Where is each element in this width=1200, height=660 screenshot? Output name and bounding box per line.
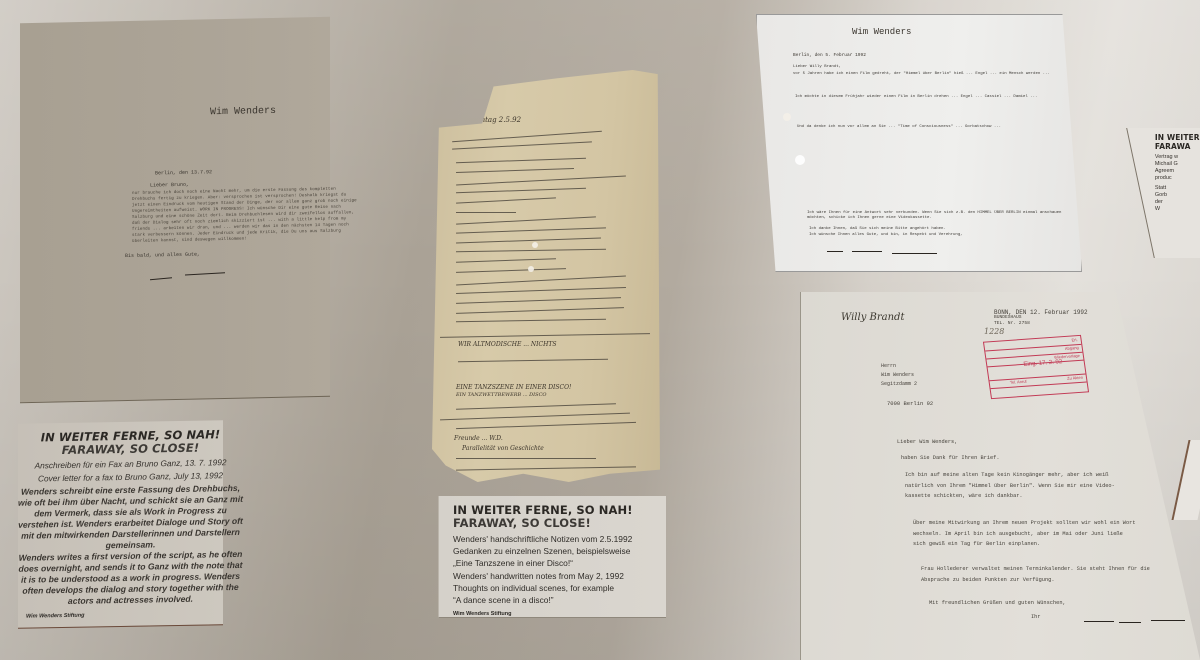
handwritten-heading: Rosenmontag 2.5.92 xyxy=(448,116,521,124)
handwriting-line xyxy=(456,458,596,459)
letter-paragraph: Ich wünsche Ihnen alles Gute, und bin, i… xyxy=(809,233,1075,238)
stamp-date: Eing. 17. 2. 92 xyxy=(1023,359,1063,368)
handwriting-line xyxy=(456,188,586,194)
label-text-de: Wenders schreibt eine erste Fassung des … xyxy=(18,483,243,553)
handwriting-line xyxy=(456,258,556,262)
label-line: Gorb xyxy=(1155,192,1200,199)
handwriting-line xyxy=(456,216,596,224)
handwriting-line xyxy=(452,141,592,149)
handwriting-line xyxy=(456,197,556,203)
handwriting-line xyxy=(456,237,601,243)
recipient-address: Herrn Wim Wenders Segitzdamm 2 xyxy=(881,362,917,389)
stamp-field: Abgang xyxy=(1065,345,1079,351)
exhibit-label-notes: IN WEITER FERNE, SO NAH! FARAWAY, SO CLO… xyxy=(438,496,666,618)
address-line: Wim Wenders xyxy=(881,371,917,380)
handwriting-line xyxy=(456,176,626,186)
received-stamp: Erl. Abgang Wiedervorlage Eing. 17. 2. 9… xyxy=(983,335,1089,399)
handwriting-line xyxy=(458,359,608,363)
letter-closing: Bis bald, und alles Gute, xyxy=(125,251,200,259)
handwriting-line xyxy=(456,212,516,213)
handwriting-line xyxy=(456,276,626,286)
letter-body: nur brauche ich doch noch eine Nacht meh… xyxy=(132,186,360,245)
punch-hole xyxy=(783,113,791,121)
handwriting-line xyxy=(456,227,606,233)
label-line: Gedanken zu einzelnen Szenen, beispielsw… xyxy=(453,546,661,556)
signature-icon xyxy=(1119,622,1141,623)
letter-salutation: Lieber Wim Wenders, xyxy=(897,437,957,448)
letter-salutation: Lieber Willy Brandt, xyxy=(793,65,1048,70)
signature-icon xyxy=(150,277,172,280)
label-line: W xyxy=(1155,206,1200,213)
label-line: Agreem xyxy=(1155,168,1200,175)
stamp-field: Erl. xyxy=(1071,337,1078,342)
handwriting-line xyxy=(456,319,606,323)
letter-paragraph: Ich danke Ihnen, daß Sie sich meine Bitt… xyxy=(809,227,1075,232)
stamp-field: Zu Akten xyxy=(1067,375,1083,381)
letter-paragraph: Und da denke ich nun vor allem an Sie ..… xyxy=(797,125,1063,130)
letterhead-title: Wim Wenders xyxy=(852,27,911,37)
letter-paragraph: Frau Hollederer verwaltet meinen Termink… xyxy=(921,564,1151,585)
label-title-en: FARAWA xyxy=(1155,143,1200,152)
punch-hole xyxy=(532,242,538,248)
punch-hole xyxy=(528,266,534,272)
letterhead-title: Wim Wenders xyxy=(210,106,276,118)
signature-icon xyxy=(1151,620,1185,621)
label-line: der xyxy=(1155,199,1200,206)
pencil-note: 1228 xyxy=(984,327,1004,336)
recipient-city: 7000 Berlin 92 xyxy=(887,400,933,407)
signature-icon xyxy=(827,251,843,252)
letter-salutation: Lieber Bruno, xyxy=(150,182,189,189)
label-text-en: Wenders writes a first version of the sc… xyxy=(18,549,243,608)
label-line: Michail G xyxy=(1155,161,1200,168)
label-credit: Wim Wenders Stiftung xyxy=(453,611,661,617)
label-line: “A dance scene in a disco!” xyxy=(453,595,661,605)
handwriting-line xyxy=(456,466,636,470)
handwriting-line xyxy=(456,307,624,314)
letter-from-willy-brandt: Willy Brandt BONN, DEN 12. Februar 1992 … xyxy=(800,292,1200,660)
handwriting-line xyxy=(456,297,621,304)
handwriting-line xyxy=(456,249,606,253)
fax-letter-to-bruno-ganz: Wim Wenders Berlin, den 13.7.92 Lieber B… xyxy=(20,17,330,403)
handwriting-line xyxy=(456,158,586,164)
handwriting-line xyxy=(456,268,566,273)
label-line: Thoughts on individual scenes, for examp… xyxy=(453,583,661,593)
handwritten-line: Freunde ... W.D. xyxy=(454,435,503,442)
label-subtitle-en: Cover letter for a fax to Bruno Ganz, Ju… xyxy=(18,470,243,484)
letter-date: Berlin, den 5. Februar 1992 xyxy=(793,53,866,58)
label-line: Statt xyxy=(1155,185,1200,192)
handwritten-line: EIN TANZWETTBEWERB ... DISCO xyxy=(456,392,547,398)
handwriting-line xyxy=(452,131,602,142)
address-line: Herrn xyxy=(881,362,917,371)
signature-icon xyxy=(852,251,882,252)
light-reflection xyxy=(795,155,805,165)
exhibit-label-fax: IN WEITER FERNE, SO NAH! FARAWAY, SO CLO… xyxy=(18,420,223,629)
handwritten-notes-page: Rosenmontag 2.5.92 WIR ALTMODISCHE ... N… xyxy=(432,70,660,482)
stamp-field: Tel. Anruf xyxy=(1010,379,1027,385)
address-line: Segitzdamm 2 xyxy=(881,380,917,389)
label-title-en: FARAWAY, SO CLOSE! xyxy=(453,517,661,530)
letter-header: BONN, DEN 12. Februar 1992 BUNDESHAUS TE… xyxy=(994,310,1088,326)
signature-icon xyxy=(1084,621,1114,622)
handwritten-dance-scene: EINE TANZSZENE IN EINER DISCO! xyxy=(456,384,571,391)
adjacent-document-edge xyxy=(1171,440,1200,520)
letterhead-signature: Willy Brandt xyxy=(841,312,904,323)
letter-initials: Ihr xyxy=(1031,612,1041,623)
handwriting-line xyxy=(456,422,636,429)
exhibit-label-contract-partial: IN WEITER FARAWA Vertrag w Michail G Agr… xyxy=(1126,128,1200,258)
handwriting-line xyxy=(456,287,626,294)
handwriting-line xyxy=(456,403,616,410)
letter-paragraph: vor 5 Jahren habe ich einen Film gedreht… xyxy=(793,72,1051,77)
letter-paragraph: Ich möchte in diesem Frühjahr wieder ein… xyxy=(795,95,1057,100)
label-line: Wenders' handschriftliche Notizen vom 2.… xyxy=(453,534,661,544)
handwriting-line xyxy=(440,333,650,338)
letter-paragraph: Ich bin auf meine alten Tage kein Kinogä… xyxy=(905,470,1125,502)
signature-icon xyxy=(892,253,937,254)
handwriting-line xyxy=(456,168,574,173)
handwritten-line: WIR ALTMODISCHE ... NICHTS xyxy=(458,341,556,348)
letter-paragraph: Ich wäre Ihnen für eine Antwort sehr ver… xyxy=(807,211,1073,221)
handwritten-line: Parallelität von Geschichte xyxy=(462,445,544,452)
label-subtitle-de: Anschreiben für ein Fax an Bruno Ganz, 1… xyxy=(18,457,243,471)
signature-icon xyxy=(185,272,225,275)
label-line: Wenders' handwritten notes from May 2, 1… xyxy=(453,571,661,581)
label-line: „Eine Tanzszene in einer Disco!“ xyxy=(453,558,661,568)
letter-to-willy-brandt: Wim Wenders Berlin, den 5. Februar 1992 … xyxy=(756,14,1082,272)
letter-closing: Mit freundlichen Grüßen und guten Wünsch… xyxy=(929,598,1066,609)
handwriting-arrow xyxy=(440,413,630,421)
letter-date: Berlin, den 13.7.92 xyxy=(155,169,212,176)
label-line: Vertrag w xyxy=(1155,154,1200,161)
header-phone: TEL. Nr. 2758 xyxy=(994,321,1088,326)
letter-paragraph: Über meine Mitwirkung an Ihrem neuen Pro… xyxy=(913,518,1138,550)
letter-paragraph: haben Sie Dank für Ihren Brief. xyxy=(901,453,1000,464)
label-line: produc xyxy=(1155,175,1200,182)
label-credit: Wim Wenders Stiftung xyxy=(26,613,85,620)
